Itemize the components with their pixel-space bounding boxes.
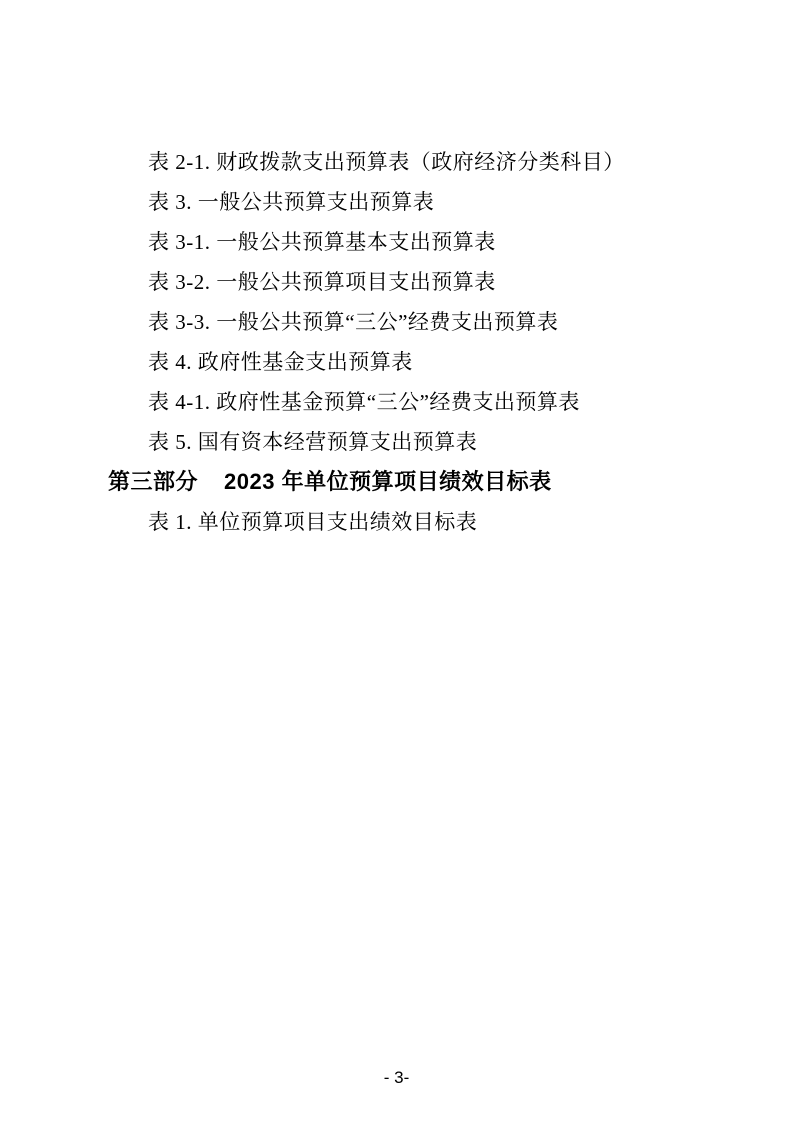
toc-entry: 表 3-1. 一般公共预算基本支出预算表 <box>0 222 793 262</box>
toc-entry: 表 3-3. 一般公共预算“三公”经费支出预算表 <box>0 302 793 342</box>
toc-entry: 表 4-1. 政府性基金预算“三公”经费支出预算表 <box>0 382 793 422</box>
page-number: - 3- <box>0 1066 793 1090</box>
toc-entry: 表 1. 单位预算项目支出绩效目标表 <box>0 502 793 542</box>
toc-entry: 表 4. 政府性基金支出预算表 <box>0 342 793 382</box>
section-heading-label: 第三部分 <box>108 469 198 494</box>
toc-entry: 表 3. 一般公共预算支出预算表 <box>0 182 793 222</box>
toc-entry: 表 3-2. 一般公共预算项目支出预算表 <box>0 262 793 302</box>
toc-entry: 表 5. 国有资本经营预算支出预算表 <box>0 422 793 462</box>
document-page: 表 2-1. 财政拨款支出预算表（政府经济分类科目） 表 3. 一般公共预算支出… <box>0 0 793 1122</box>
section-heading: 第三部分2023 年单位预算项目绩效目标表 <box>0 462 793 502</box>
toc-list: 表 2-1. 财政拨款支出预算表（政府经济分类科目） 表 3. 一般公共预算支出… <box>0 142 793 542</box>
toc-entry: 表 2-1. 财政拨款支出预算表（政府经济分类科目） <box>0 142 793 182</box>
section-heading-title: 2023 年单位预算项目绩效目标表 <box>224 469 552 494</box>
